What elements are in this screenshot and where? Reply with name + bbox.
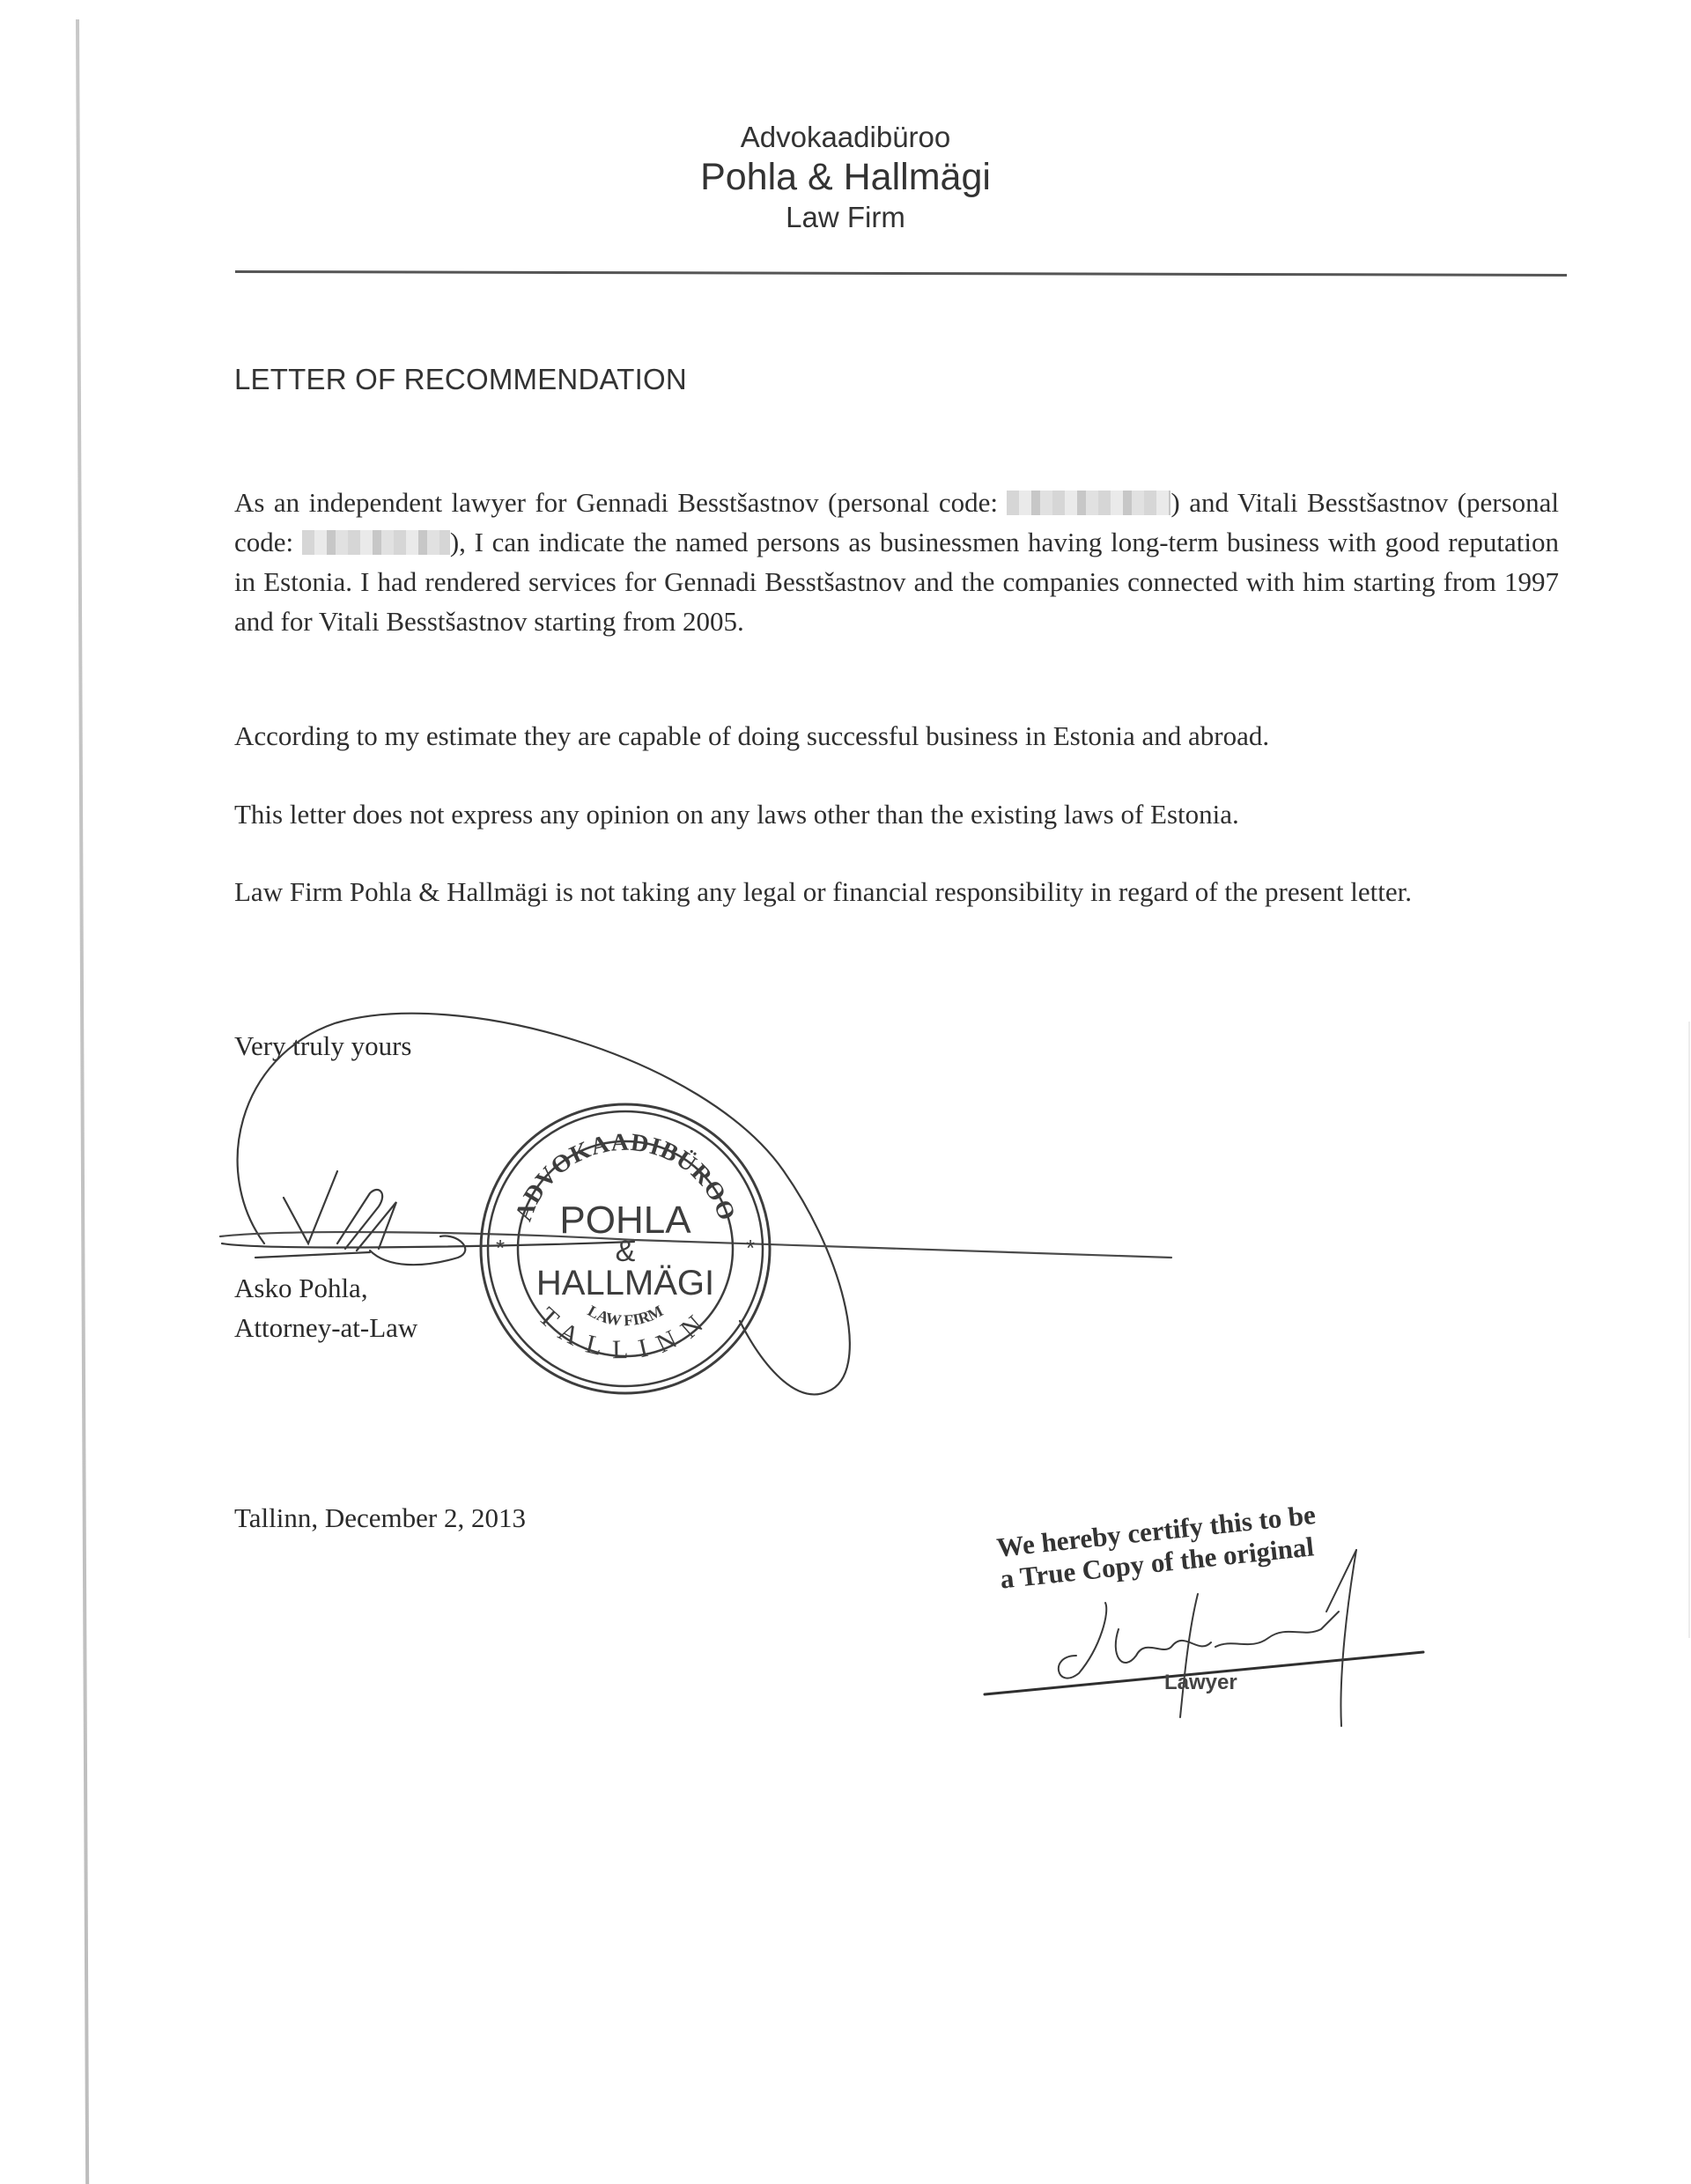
scan-left-edge	[76, 19, 89, 2184]
signer-title: Attorney-at-Law	[234, 1308, 417, 1347]
letter-title: LETTER OF RECOMMENDATION	[234, 363, 687, 396]
paragraph-3: This letter does not express any opinion…	[234, 794, 1559, 834]
svg-text:LAW FIRM: LAW FIRM	[585, 1302, 666, 1329]
letterhead-top-line: Advokaadibüroo	[0, 120, 1691, 155]
letterhead-firm-name: Pohla & Hallmägi	[0, 155, 1691, 199]
date-line: Tallinn, December 2, 2013	[234, 1502, 526, 1534]
paragraph-4: Law Firm Pohla & Hallmägi is not taking …	[234, 872, 1559, 911]
seal-center-line-3: HALLMÄGI	[536, 1264, 714, 1302]
redacted-personal-code-1	[1007, 491, 1170, 515]
letterhead-sub-line: Law Firm	[0, 199, 1691, 236]
signer-name: Asko Pohla,	[234, 1268, 417, 1308]
paragraph-1-part-1: As an independent lawyer for Gennadi Bes…	[234, 487, 1007, 518]
paragraph-1: As an independent lawyer for Gennadi Bes…	[234, 483, 1559, 641]
law-firm-seal: ADVOKAADIBÜROO TALLINN LAW FIRM POHLA & …	[476, 1099, 775, 1398]
closing: Very truly yours	[234, 1030, 411, 1062]
redacted-personal-code-2	[302, 530, 450, 555]
letterhead-rule	[235, 270, 1567, 277]
certification-stamp: We hereby certify this to be a True Copy…	[995, 1485, 1458, 1596]
seal-star-right: *	[746, 1235, 755, 1261]
seal-ring-bottom-text: TALLINN	[533, 1302, 718, 1364]
svg-text:TALLINN: TALLINN	[533, 1302, 718, 1364]
seal-inner-bottom-text: LAW FIRM	[585, 1302, 666, 1329]
signer-block: Asko Pohla, Attorney-at-Law	[234, 1268, 417, 1347]
seal-star-left: *	[496, 1235, 505, 1261]
letterhead: Advokaadibüroo Pohla & Hallmägi Law Firm	[0, 120, 1691, 236]
paragraph-2: According to my estimate they are capabl…	[234, 716, 1559, 756]
certification-role: Lawyer	[1164, 1671, 1237, 1695]
scan-right-edge	[1688, 1022, 1690, 1638]
signature-strokes	[0, 0, 1691, 2184]
